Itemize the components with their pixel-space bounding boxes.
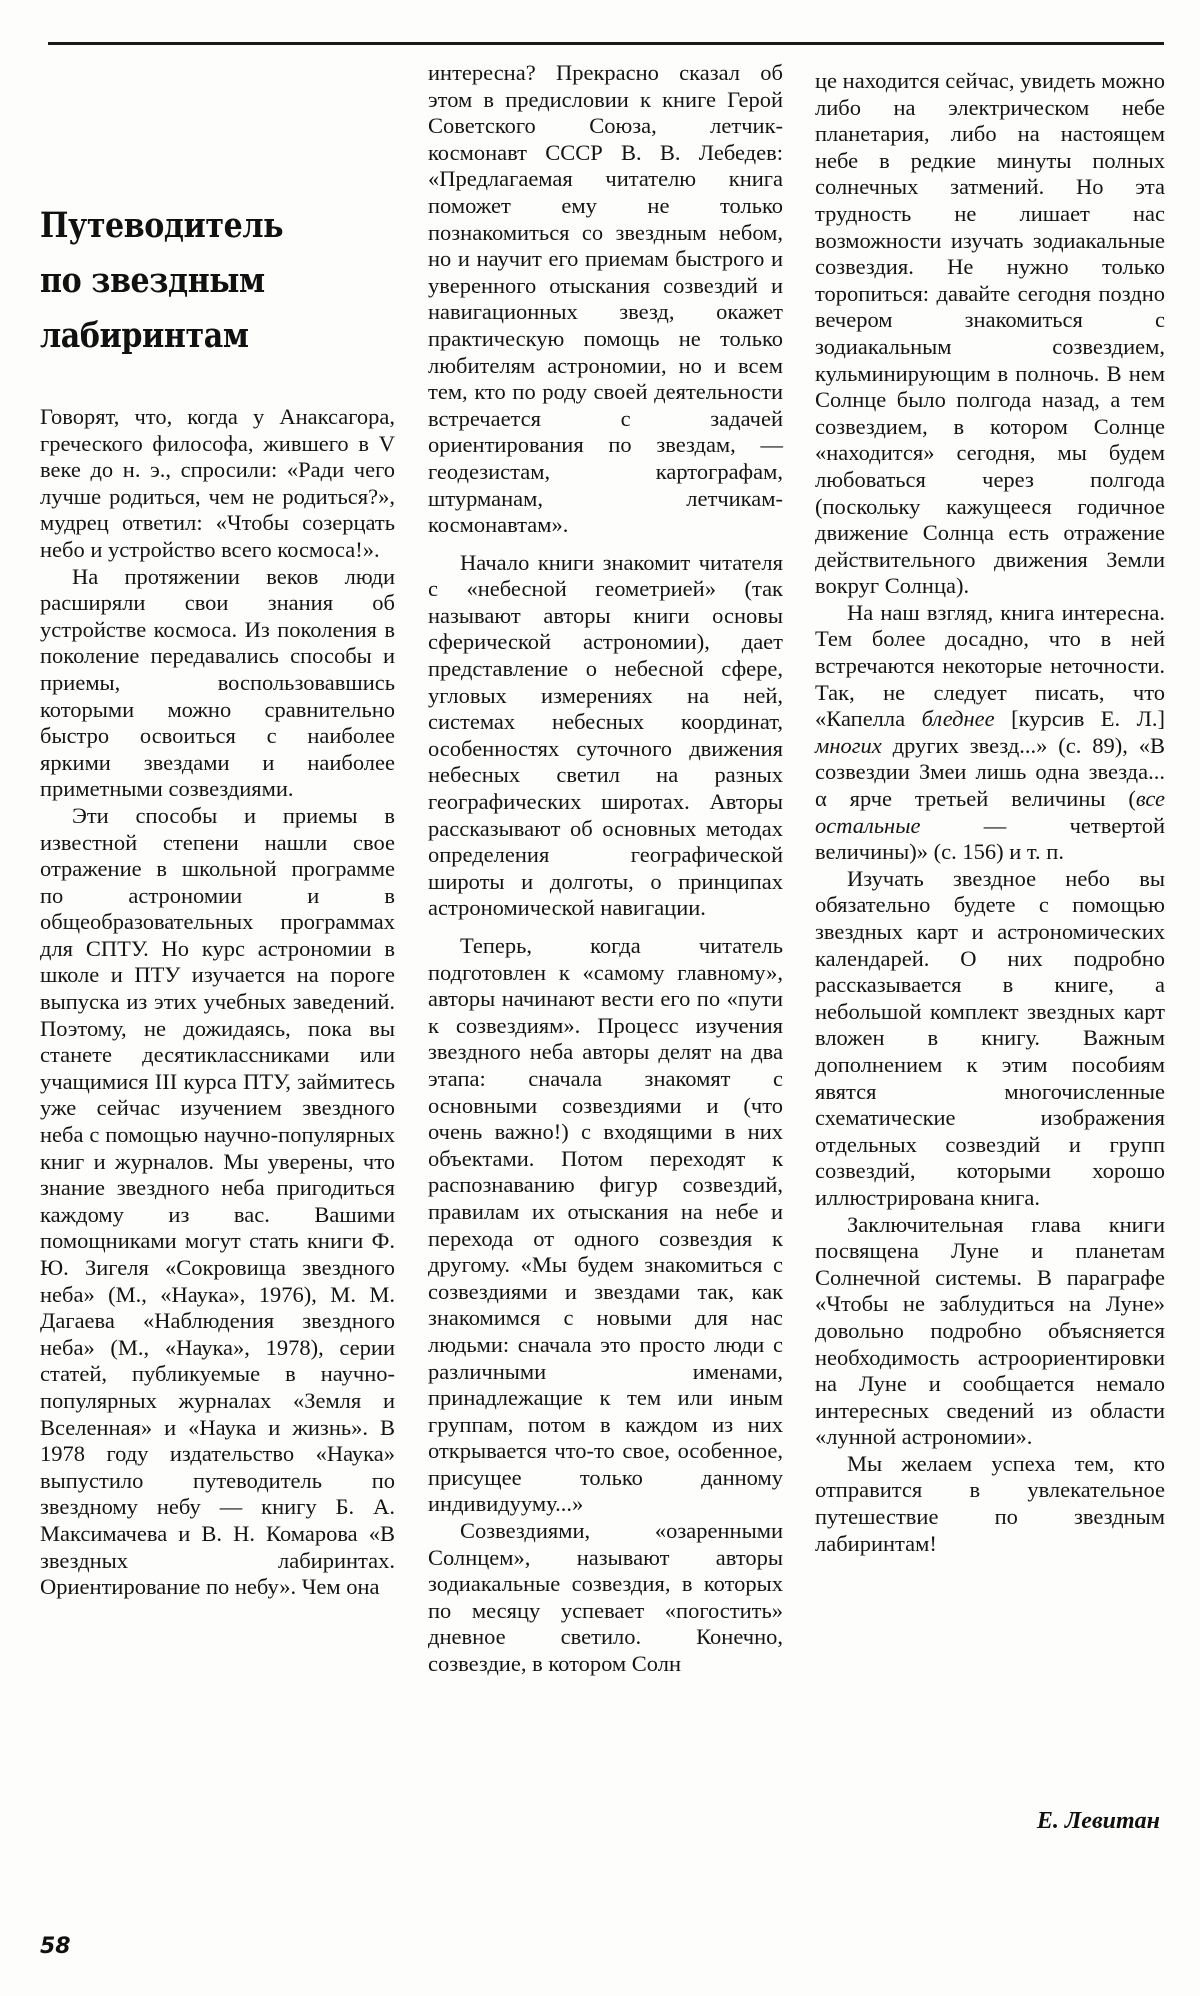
- paragraph: Эти способы и приемы в известной степени…: [40, 803, 395, 1601]
- paragraph: це находится сейчас, увидеть можно либо …: [815, 68, 1165, 600]
- article-title-line-2: по звездным: [40, 253, 332, 308]
- paragraph: Теперь, когда читатель подготовлен к «са…: [428, 933, 783, 1518]
- paragraph: Говорят, что, когда у Анаксагора, гречес…: [40, 404, 395, 564]
- text-run: [курсив Е. Л.]: [995, 706, 1165, 731]
- paragraph: Созвездиями, «озаренными Солнцем», назыв…: [428, 1518, 783, 1678]
- article-title-line-3: лабиринтам: [40, 308, 332, 363]
- page-number: 58: [40, 1934, 71, 1959]
- article-title-line-1: Путеводитель: [40, 198, 332, 253]
- text-column-1: Говорят, что, когда у Анаксагора, гречес…: [40, 404, 395, 1601]
- italic-text: бледнее: [922, 706, 995, 731]
- article-title: Путеводитель по звездным лабиринтам: [40, 198, 332, 363]
- paragraph: интересна? Прекрасно сказал об этом в пр…: [428, 60, 783, 539]
- author-signature: Е. Левитан: [1037, 1808, 1160, 1835]
- paragraph: На протяжении веков люди расширяли свои …: [40, 564, 395, 803]
- paragraph: Мы желаем успеха тем, кто отправится в у…: [815, 1451, 1165, 1557]
- paragraph: Начало книги знакомит читателя с «небесн…: [428, 550, 783, 922]
- italic-text: многих: [815, 733, 882, 758]
- top-rule-divider: [48, 42, 1164, 45]
- paragraph: Изучать звездное небо вы обязательно буд…: [815, 866, 1165, 1212]
- text-column-2: интересна? Прекрасно сказал об этом в пр…: [428, 60, 783, 1678]
- paragraph: Заключительная глава книги посвящена Лун…: [815, 1212, 1165, 1451]
- paragraph-with-italics: На наш взгляд, книга интересна. Тем боле…: [815, 600, 1165, 866]
- text-column-3: це находится сейчас, увидеть можно либо …: [815, 68, 1165, 1557]
